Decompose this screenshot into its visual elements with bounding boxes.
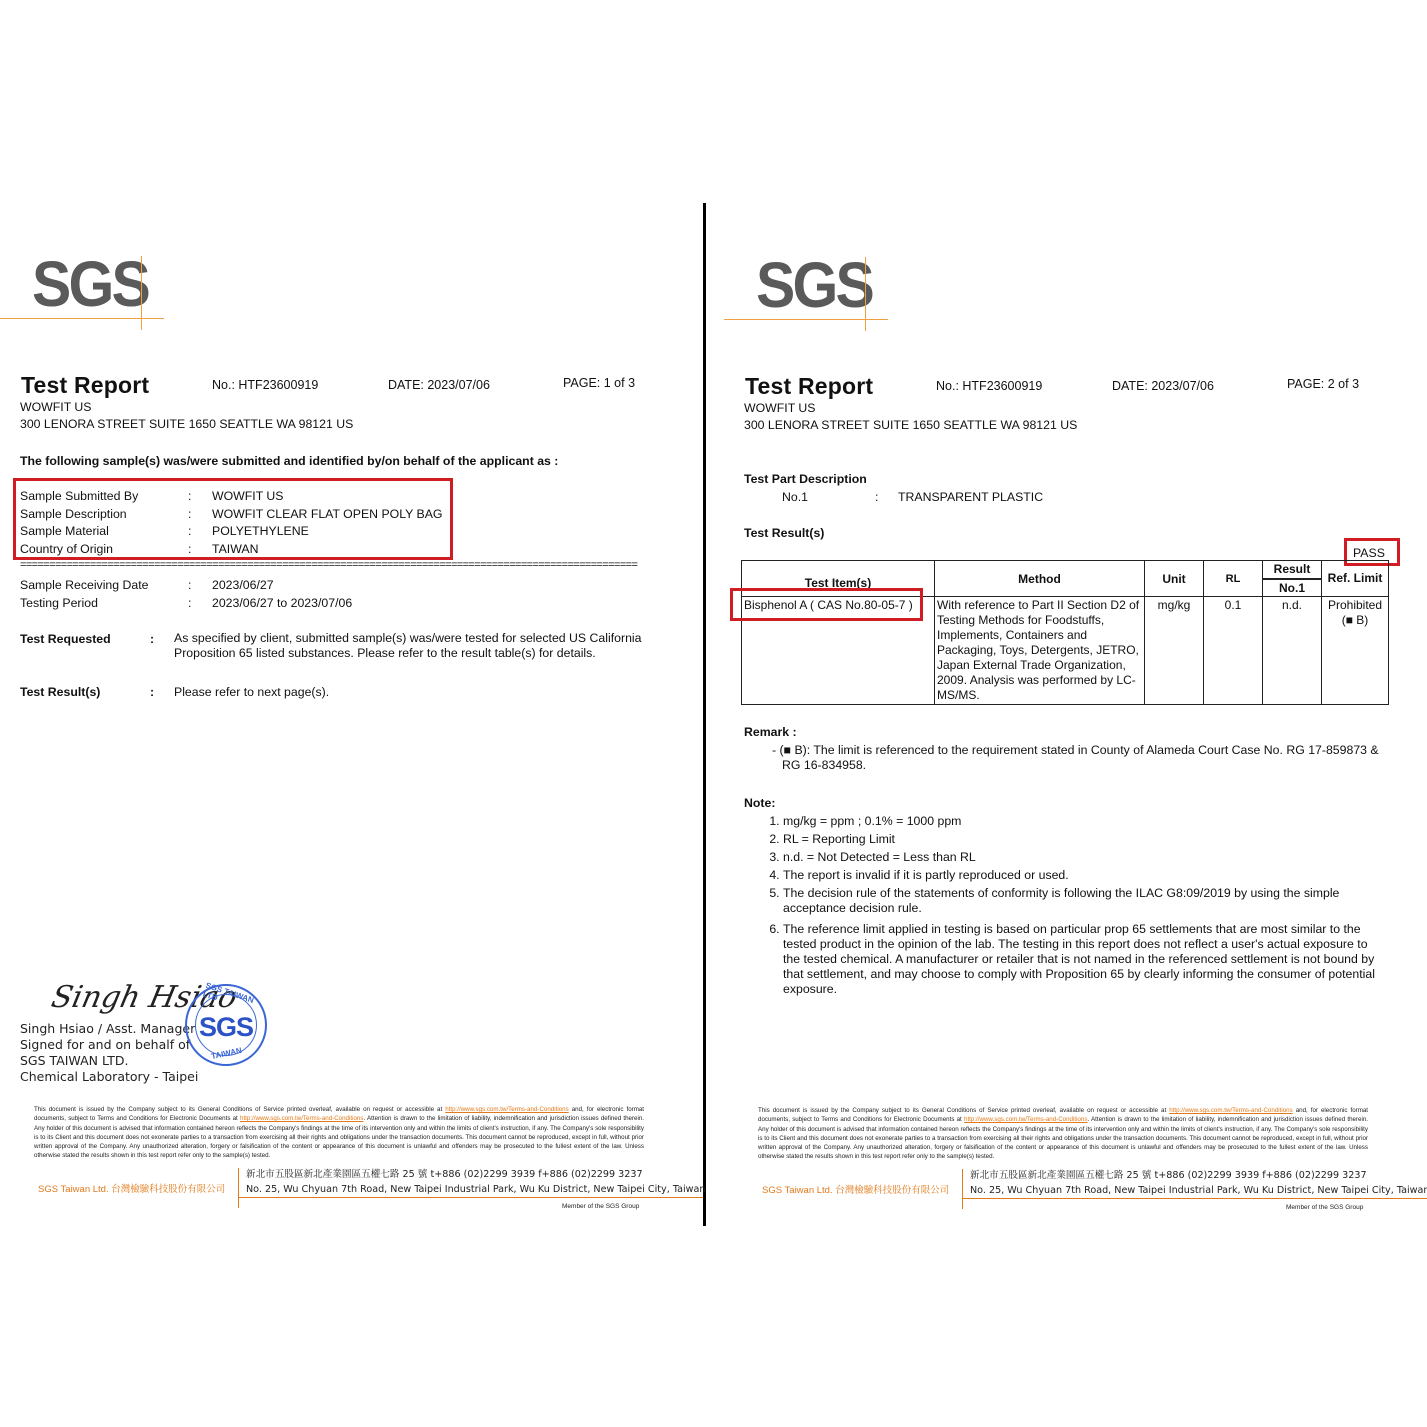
terms-link[interactable]: http://www.sgs.com.tw/Terms-and-Conditio… [964,1116,1087,1123]
cell-rl: 0.1 [1204,597,1263,705]
field-colon: : [188,489,191,504]
test-part-value: TRANSPARENT PLASTIC [898,490,1043,505]
note-heading: Note: [744,796,775,811]
company-name: SGS Taiwan Ltd. 台灣檢驗科技股份有限公司 [762,1182,949,1196]
client-address: 300 LENORA STREET SUITE 1650 SEATTLE WA … [20,417,353,432]
col-header-result-no1: No.1 [1263,579,1322,597]
client-name: WOWFIT US [20,400,92,415]
results-table: Test Item(s) Method Unit RL Result Ref. … [741,560,1389,705]
page-title: Test Report [745,373,873,400]
col-header-method: Method [935,561,1145,597]
note-item: The report is invalid if it is partly re… [783,868,1384,883]
report-number: No.: HTF23600919 [212,378,318,392]
sgs-logo-text: SGS [756,253,872,317]
remark-text: - (■ B): The limit is referenced to the … [772,743,1392,773]
note-item: n.d. = Not Detected = Less than RL [783,850,1384,865]
sgs-logo: SGS [724,249,894,329]
field-label: Country of Origin [20,542,113,557]
stamp-center-text: SGS [199,1012,253,1043]
col-header-unit: Unit [1145,561,1204,597]
separator-line: ========================================… [20,559,665,571]
col-header-result: Result [1263,561,1322,579]
report-number: No.: HTF23600919 [936,379,1042,393]
notes-list: mg/kg = ppm ; 0.1% = 1000 ppm RL = Repor… [744,814,1384,1000]
note-item: mg/kg = ppm ; 0.1% = 1000 ppm [783,814,1384,829]
field-label: Sample Receiving Date [20,578,149,593]
signer-lab: Chemical Laboratory - Taipei [20,1069,198,1085]
test-results-value: Please refer to next page(s). [174,685,329,700]
terms-link[interactable]: http://www.sgs.com.tw/Terms-and-Conditio… [240,1115,363,1122]
test-part-heading: Test Part Description [744,472,867,487]
note-item: RL = Reporting Limit [783,832,1384,847]
cell-ref-limit: Prohibited (■ B) [1322,597,1389,705]
report-date: DATE: 2023/07/06 [388,378,490,392]
field-value: 2023/06/27 [212,578,274,593]
test-results-label: Test Result(s) [20,685,100,700]
sgs-logo: SGS [0,248,170,328]
cell-unit: mg/kg [1145,597,1204,705]
test-requested-line2: Proposition 65 listed substances. Please… [174,646,596,661]
sgs-logo-text: SGS [32,252,148,316]
page-divider [703,203,706,1226]
note-item: The decision rule of the statements of c… [783,886,1384,916]
field-value: WOWFIT US [212,489,284,504]
field-label: Sample Description [20,507,127,522]
field-colon: : [188,507,191,522]
signer-behalf: Signed for and on behalf of [20,1037,198,1053]
terms-link[interactable]: http://www.sgs.com.tw/Terms-and-Conditio… [445,1106,568,1113]
field-value: TAIWAN [212,542,258,557]
legal-disclaimer: This document is issued by the Company s… [758,1106,1368,1162]
member-text: Member of the SGS Group [1286,1204,1363,1211]
field-colon: : [188,596,191,611]
note-item: The reference limit applied in testing i… [783,922,1384,997]
col-header-rl: RL [1204,561,1263,597]
field-label: Sample Material [20,524,109,539]
field-colon: : [188,524,191,539]
report-date: DATE: 2023/07/06 [1112,379,1214,393]
company-name: SGS Taiwan Ltd. 台灣檢驗科技股份有限公司 [38,1181,225,1195]
cell-method: With reference to Part II Section D2 of … [935,597,1145,705]
remark-heading: Remark : [744,725,797,740]
field-value: POLYETHYLENE [212,524,309,539]
terms-link[interactable]: http://www.sgs.com.tw/Terms-and-Conditio… [1169,1107,1292,1114]
address-chinese: 新北市五股區新北產業園區五權七路 25 號 t+886 (02)2299 393… [246,1167,643,1182]
client-name: WOWFIT US [744,401,816,416]
field-label: Sample Submitted By [20,489,138,504]
field-colon: : [188,542,191,557]
field-colon: : [188,578,191,593]
test-requested-label: Test Requested [20,632,111,647]
field-colon: : [150,632,154,647]
highlight-box-test-item [730,588,923,621]
sgs-stamp-icon: SGS TAIWAN LTD SGS TAIWAN [185,984,267,1066]
col-header-ref-limit: Ref. Limit [1322,561,1389,597]
client-address: 300 LENORA STREET SUITE 1650 SEATTLE WA … [744,418,1077,433]
signer-name: Singh Hsiao / Asst. Manager [20,1021,198,1037]
page-number: PAGE: 1 of 3 [563,376,635,390]
test-result-heading: Test Result(s) [744,526,824,541]
cell-result: n.d. [1263,597,1322,705]
field-colon: : [875,490,878,505]
test-part-no: No.1 [782,490,808,505]
field-value: 2023/06/27 to 2023/07/06 [212,596,352,611]
field-colon: : [150,685,154,700]
intro-text: The following sample(s) was/were submitt… [20,454,558,469]
signature-block: Singh Hsiao / Asst. Manager Signed for a… [20,1021,198,1085]
address-english: No. 25, Wu Chyuan 7th Road, New Taipei I… [970,1183,1427,1198]
field-value: WOWFIT CLEAR FLAT OPEN POLY BAG [212,507,443,522]
address-chinese: 新北市五股區新北產業園區五權七路 25 號 t+886 (02)2299 393… [970,1168,1367,1183]
member-text: Member of the SGS Group [562,1203,639,1210]
field-label: Testing Period [20,596,98,611]
page-title: Test Report [21,372,149,399]
legal-disclaimer: This document is issued by the Company s… [34,1105,644,1161]
address-english: No. 25, Wu Chyuan 7th Road, New Taipei I… [246,1182,705,1197]
page-number: PAGE: 2 of 3 [1287,377,1359,391]
signer-company: SGS TAIWAN LTD. [20,1053,198,1069]
test-requested-line1: As specified by client, submitted sample… [174,631,641,646]
